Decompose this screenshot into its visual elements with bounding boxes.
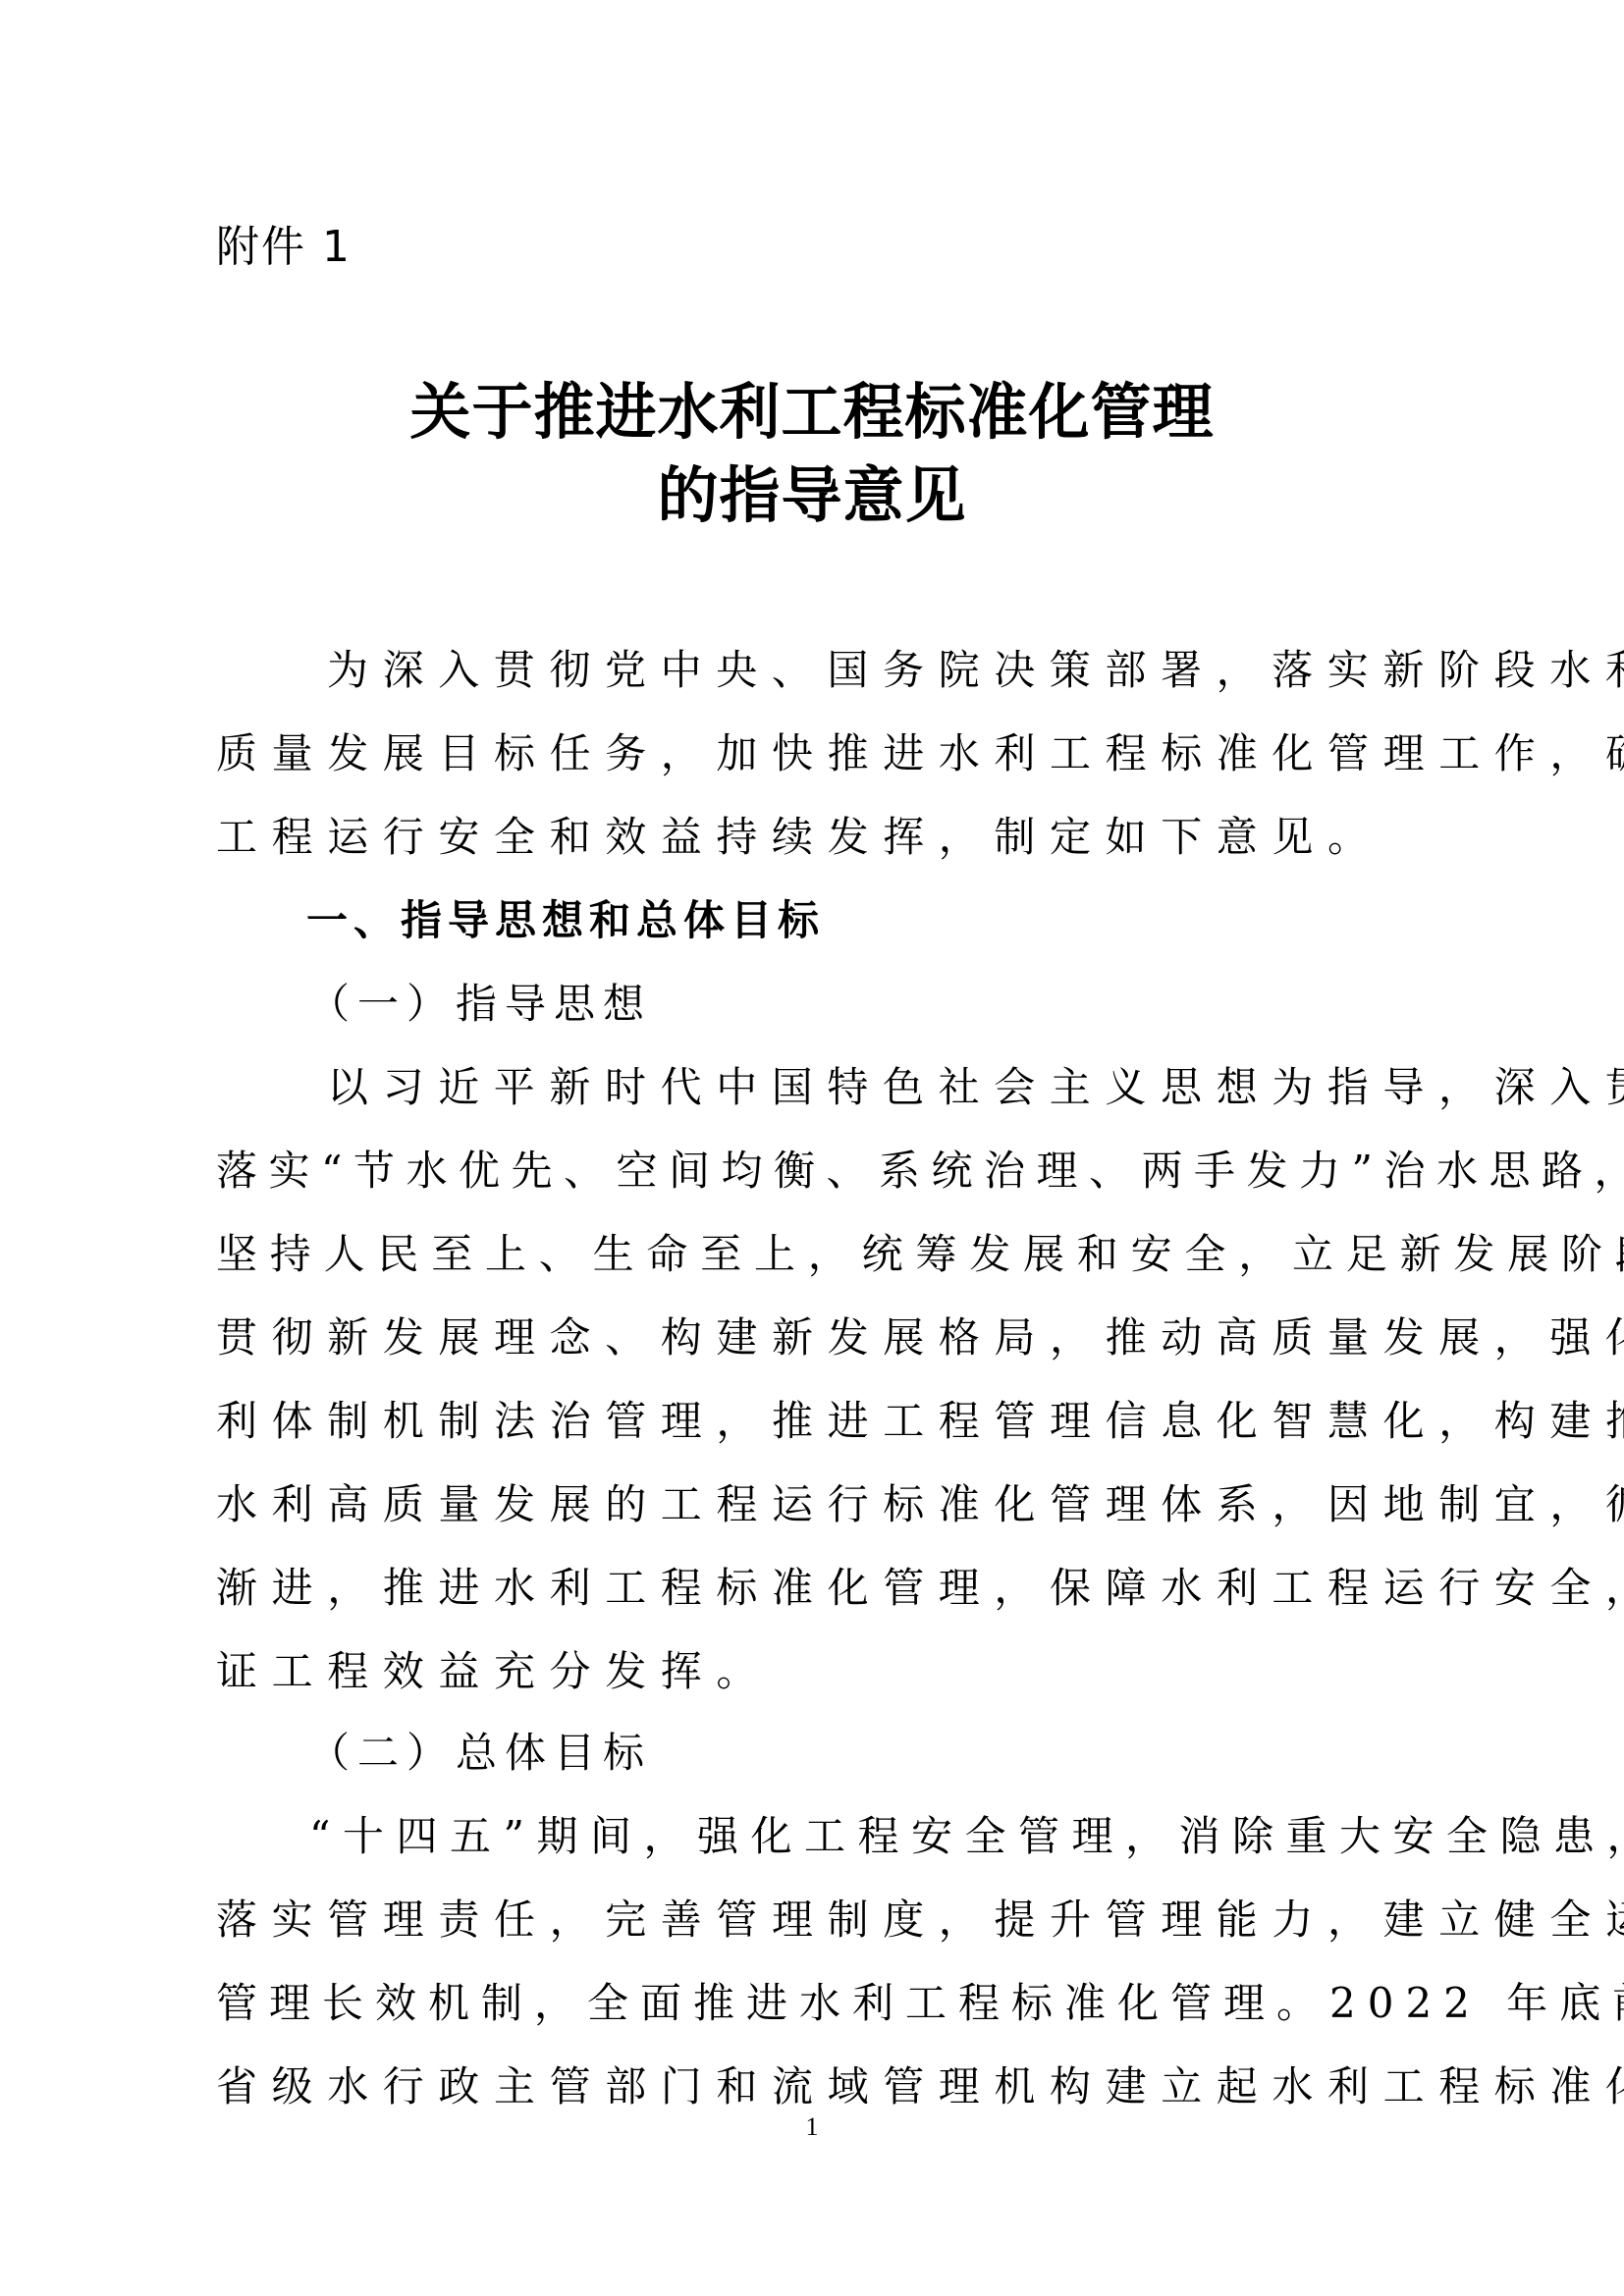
paragraph-line: 坚持人民至上、生命至上，统筹发展和安全，立足新发展阶段、 [216, 1212, 1409, 1296]
page-number: 1 [0, 2112, 1624, 2142]
paragraph-line: “十四五”期间，强化工程安全管理，消除重大安全隐患， [216, 1794, 1409, 1878]
paragraph-line: 落实管理责任，完善管理制度，提升管理能力，建立健全运行 [216, 1878, 1409, 1961]
paragraph-line: 利体制机制法治管理，推进工程管理信息化智慧化，构建推动 [216, 1379, 1409, 1463]
guiding-ideology-paragraph: 以习近平新时代中国特色社会主义思想为指导，深入贯彻 落实“节水优先、空间均衡、系… [216, 1045, 1409, 1713]
paragraph-line: 为深入贯彻党中央、国务院决策部署，落实新阶段水利高 [216, 628, 1409, 712]
paragraph-line: 渐进，推进水利工程标准化管理，保障水利工程运行安全，保 [216, 1546, 1409, 1629]
paragraph-line: 质量发展目标任务，加快推进水利工程标准化管理工作，确保 [216, 712, 1409, 795]
paragraph-line: 以习近平新时代中国特色社会主义思想为指导，深入贯彻 [216, 1045, 1409, 1129]
attachment-label: 附件 1 [216, 218, 352, 277]
paragraph-line: 证工程效益充分发挥。 [216, 1629, 1409, 1713]
intro-paragraph: 为深入贯彻党中央、国务院决策部署，落实新阶段水利高 质量发展目标任务，加快推进水… [216, 628, 1409, 879]
document-title-line-2: 的指导意见 [0, 456, 1624, 535]
paragraph-line: 水利高质量发展的工程运行标准化管理体系，因地制宜，循序 [216, 1463, 1409, 1546]
section-heading: 一、指导思想和总体目标 [306, 879, 1499, 962]
document-title-line-1: 关于推进水利工程标准化管理 [0, 373, 1624, 452]
paragraph-line: 贯彻新发展理念、构建新发展格局，推动高质量发展，强化水 [216, 1296, 1409, 1379]
paragraph-line: 落实“节水优先、空间均衡、系统治理、两手发力”治水思路， [216, 1129, 1409, 1212]
document-page: 附件 1 关于推进水利工程标准化管理 的指导意见 为深入贯彻党中央、国务院决策部… [0, 0, 1624, 2296]
overall-goals-paragraph: “十四五”期间，强化工程安全管理，消除重大安全隐患， 落实管理责任，完善管理制度… [216, 1794, 1409, 2128]
paragraph-line: 管理长效机制，全面推进水利工程标准化管理。2022 年底前， [216, 1961, 1409, 2045]
subsection-heading: （二）总体目标 [216, 1711, 1501, 1794]
subsection-heading: （一）指导思想 [216, 962, 1501, 1045]
paragraph-line: 工程运行安全和效益持续发挥，制定如下意见。 [216, 795, 1409, 879]
